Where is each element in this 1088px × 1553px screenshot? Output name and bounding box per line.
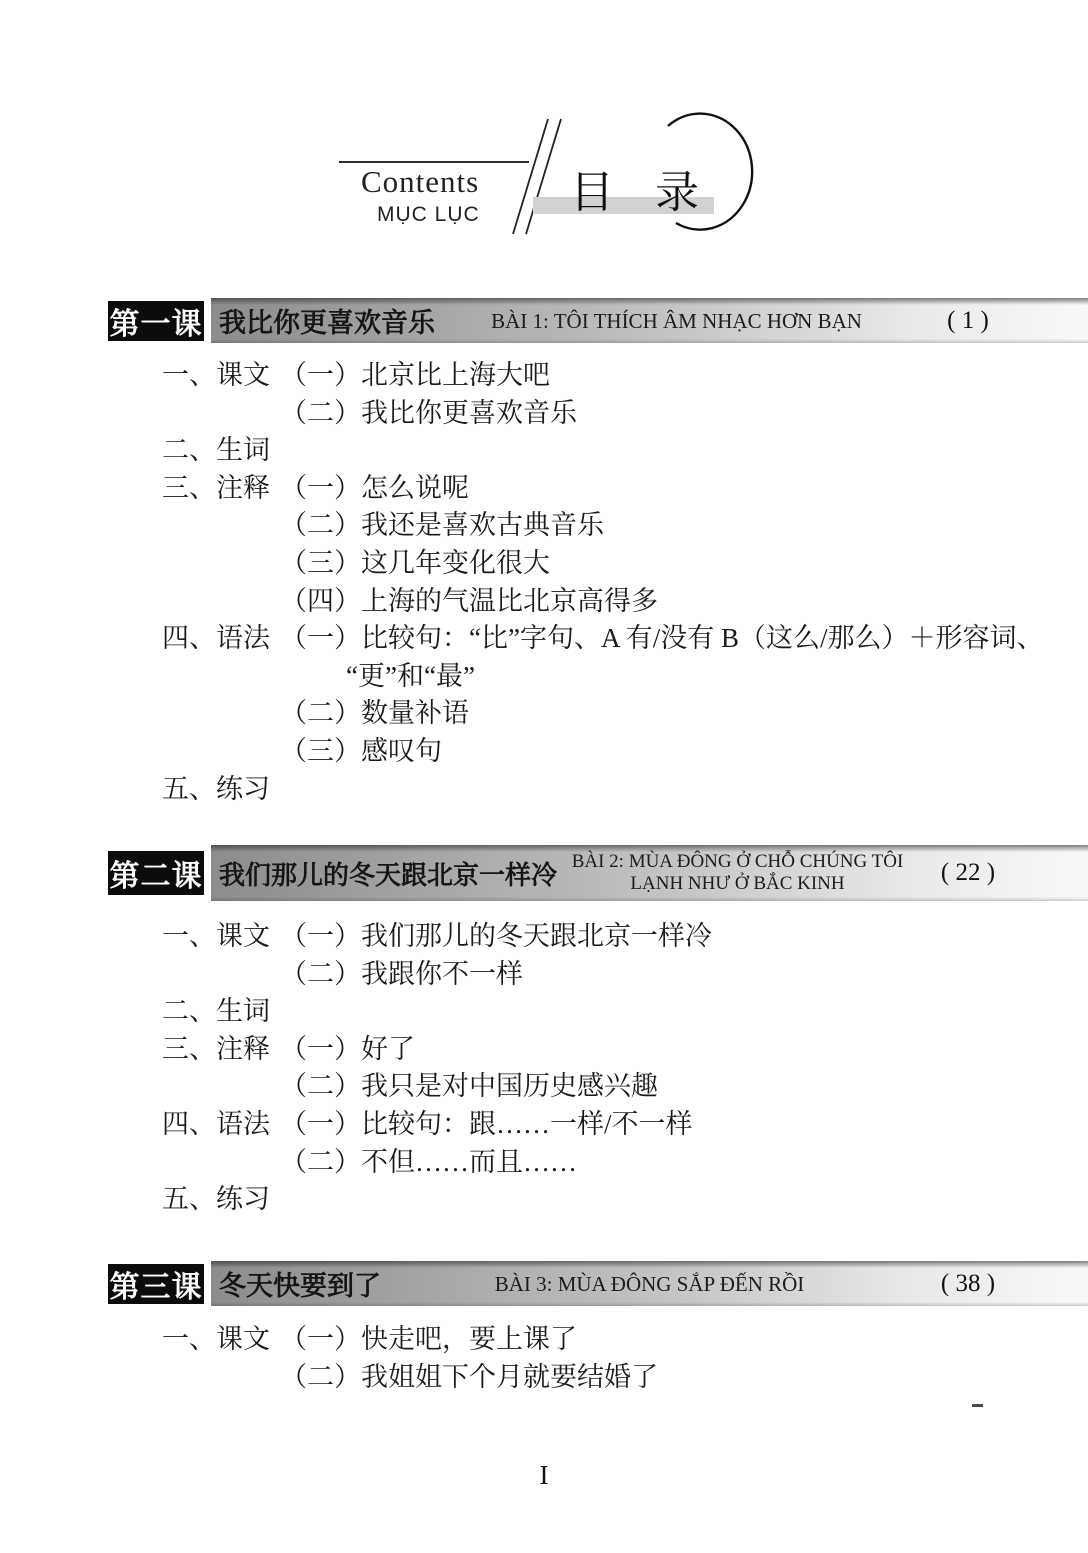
toc-row: 一、课文（一）北京比上海大吧 bbox=[162, 358, 1044, 396]
toc-item-number bbox=[162, 734, 280, 772]
decorative-circle-icon bbox=[638, 106, 773, 240]
toc-item-text: （一）怎么说呢 bbox=[280, 471, 469, 509]
toc-item-text: （二）我跟你不一样 bbox=[280, 957, 523, 995]
lesson-title-vi-line1: BÀI 3: MÙA ĐÔNG SẮP ĐẾN RỒI bbox=[381, 1272, 918, 1296]
toc-item-text: （二）数量补语 bbox=[280, 696, 469, 734]
lesson-title-bar: 冬天快要到了 BÀI 3: MÙA ĐÔNG SẮP ĐẾN RỒI ( 38 … bbox=[211, 1261, 1088, 1306]
toc-item-number: 一、课文 bbox=[162, 1322, 280, 1360]
toc-row: 二、生词 bbox=[162, 994, 712, 1032]
toc-row: 一、课文（一）快走吧，要上课了 bbox=[162, 1322, 658, 1360]
toc-row: 三、注释（一）怎么说呢 bbox=[162, 471, 1044, 509]
toc-item-number: 四、语法 bbox=[162, 1107, 280, 1145]
toc-row: “更”和“最” bbox=[162, 659, 1044, 697]
lesson-title-vi-line2: LẠNH NHƯ Ở BẮC KINH bbox=[557, 873, 918, 895]
toc-row: 五、练习 bbox=[162, 772, 1044, 810]
toc-item-text: （二）我姐姐下个月就要结婚了 bbox=[280, 1360, 658, 1398]
toc-item-number bbox=[162, 696, 280, 734]
lesson-title-vi-line1: BÀI 1: TÔI THÍCH ÂM NHẠC HƠN BẠN bbox=[435, 309, 918, 333]
toc-item-number: 一、课文 bbox=[162, 919, 280, 957]
toc-item-number: 四、语法 bbox=[162, 621, 280, 659]
lesson-title-vi: BÀI 2: MÙA ĐÔNG Ở CHỖ CHÚNG TÔI LẠNH NHƯ… bbox=[557, 851, 918, 895]
toc-item-number: 一、课文 bbox=[162, 358, 280, 396]
lesson-title-zh: 我们那儿的冬天跟北京一样冷 bbox=[211, 855, 557, 892]
toc-item-text: （一）快走吧，要上课了 bbox=[280, 1322, 577, 1360]
toc-item-text: （一）北京比上海大吧 bbox=[280, 358, 550, 396]
lesson-page-number: ( 22 ) bbox=[918, 859, 1018, 887]
toc-item-number bbox=[162, 1069, 280, 1107]
toc-item-text: （一）我们那儿的冬天跟北京一样冷 bbox=[280, 919, 712, 957]
toc-item-text: （四）上海的气温比北京高得多 bbox=[280, 584, 658, 622]
toc-item-number bbox=[162, 546, 280, 584]
lesson-title-bar: 我们那儿的冬天跟北京一样冷 BÀI 2: MÙA ĐÔNG Ở CHỖ CHÚN… bbox=[211, 845, 1088, 901]
lesson-toc-rows: 一、课文（一）北京比上海大吧（二）我比你更喜欢音乐二、生词三、注释（一）怎么说呢… bbox=[162, 358, 1044, 809]
toc-item-text: （一）比较句：跟……一样/不一样 bbox=[280, 1107, 693, 1145]
toc-item-text: （一）好了 bbox=[280, 1032, 415, 1070]
toc-item-number: 五、练习 bbox=[162, 1182, 280, 1220]
toc-item-text: （一）比较句：“比”字句、A 有/没有 B（这么/那么）＋形容词、 bbox=[280, 621, 1044, 659]
toc-item-number bbox=[162, 957, 280, 995]
lesson-title-zh: 我比你更喜欢音乐 bbox=[211, 301, 435, 340]
toc-row: （二）我只是对中国历史感兴趣 bbox=[162, 1069, 712, 1107]
toc-item-number bbox=[162, 1360, 280, 1398]
toc-item-number bbox=[162, 396, 280, 434]
contents-title-vi: MỤC LỤC bbox=[377, 203, 480, 227]
toc-item-text: “更”和“最” bbox=[280, 659, 475, 697]
toc-row: （二）我跟你不一样 bbox=[162, 957, 712, 995]
toc-row: （二）我比你更喜欢音乐 bbox=[162, 396, 1044, 434]
lesson-label: 第三课 bbox=[108, 1264, 204, 1304]
toc-item-text: （二）我只是对中国历史感兴趣 bbox=[280, 1069, 658, 1107]
lesson-page-number: ( 38 ) bbox=[918, 1270, 1018, 1298]
lesson-title-bar: 我比你更喜欢音乐 BÀI 1: TÔI THÍCH ÂM NHẠC HƠN BẠ… bbox=[211, 298, 1088, 343]
toc-row: （二）我姐姐下个月就要结婚了 bbox=[162, 1360, 658, 1398]
contents-title-en: Contents bbox=[361, 164, 479, 200]
header-rule-line bbox=[339, 161, 529, 163]
lesson-toc-rows: 一、课文（一）我们那儿的冬天跟北京一样冷（二）我跟你不一样二、生词三、注释（一）… bbox=[162, 919, 712, 1220]
toc-item-number: 二、生词 bbox=[162, 433, 280, 471]
lesson-title-vi-line1: BÀI 2: MÙA ĐÔNG Ở CHỖ CHÚNG TÔI bbox=[557, 851, 918, 873]
toc-item-text: （二）我比你更喜欢音乐 bbox=[280, 396, 577, 434]
toc-item-number bbox=[162, 584, 280, 622]
lesson-title-vi: BÀI 1: TÔI THÍCH ÂM NHẠC HƠN BẠN bbox=[435, 309, 918, 333]
toc-row: 二、生词 bbox=[162, 433, 1044, 471]
double-slash-icon bbox=[505, 112, 570, 242]
lesson-title-zh: 冬天快要到了 bbox=[211, 1264, 381, 1303]
toc-row: 四、语法（一）比较句：跟……一样/不一样 bbox=[162, 1107, 712, 1145]
stray-dash-mark bbox=[972, 1404, 983, 1407]
toc-row: （二）我还是喜欢古典音乐 bbox=[162, 508, 1044, 546]
toc-item-number: 五、练习 bbox=[162, 772, 280, 810]
lesson-label: 第一课 bbox=[108, 301, 204, 341]
toc-row: 四、语法（一）比较句：“比”字句、A 有/没有 B（这么/那么）＋形容词、 bbox=[162, 621, 1044, 659]
toc-item-number: 三、注释 bbox=[162, 1032, 280, 1070]
toc-item-number bbox=[162, 508, 280, 546]
toc-row: （三）这几年变化很大 bbox=[162, 546, 1044, 584]
toc-row: （四）上海的气温比北京高得多 bbox=[162, 584, 1044, 622]
lesson-title-vi: BÀI 3: MÙA ĐÔNG SẮP ĐẾN RỒI bbox=[381, 1272, 918, 1296]
toc-row: 三、注释（一）好了 bbox=[162, 1032, 712, 1070]
toc-item-text: （二）我还是喜欢古典音乐 bbox=[280, 508, 604, 546]
toc-row: （二）不但……而且…… bbox=[162, 1145, 712, 1183]
lesson-page-number: ( 1 ) bbox=[918, 307, 1018, 335]
lesson-label: 第二课 bbox=[108, 851, 204, 895]
toc-row: 一、课文（一）我们那儿的冬天跟北京一样冷 bbox=[162, 919, 712, 957]
toc-item-number: 二、生词 bbox=[162, 994, 280, 1032]
toc-row: 五、练习 bbox=[162, 1182, 712, 1220]
toc-item-text: （二）不但……而且…… bbox=[280, 1145, 577, 1183]
toc-row: （二）数量补语 bbox=[162, 696, 1044, 734]
toc-page: Contents MỤC LỤC 目 录 第一课 我比你更喜欢音乐 BÀI 1:… bbox=[0, 0, 1088, 1553]
toc-item-number bbox=[162, 659, 280, 697]
toc-item-number: 三、注释 bbox=[162, 471, 280, 509]
lesson-toc-rows: 一、课文（一）快走吧，要上课了（二）我姐姐下个月就要结婚了 bbox=[162, 1322, 658, 1397]
footer-page-number: I bbox=[0, 1460, 1088, 1491]
toc-item-number bbox=[162, 1145, 280, 1183]
toc-row: （三）感叹句 bbox=[162, 734, 1044, 772]
toc-item-text: （三）这几年变化很大 bbox=[280, 546, 550, 584]
toc-item-text: （三）感叹句 bbox=[280, 734, 442, 772]
